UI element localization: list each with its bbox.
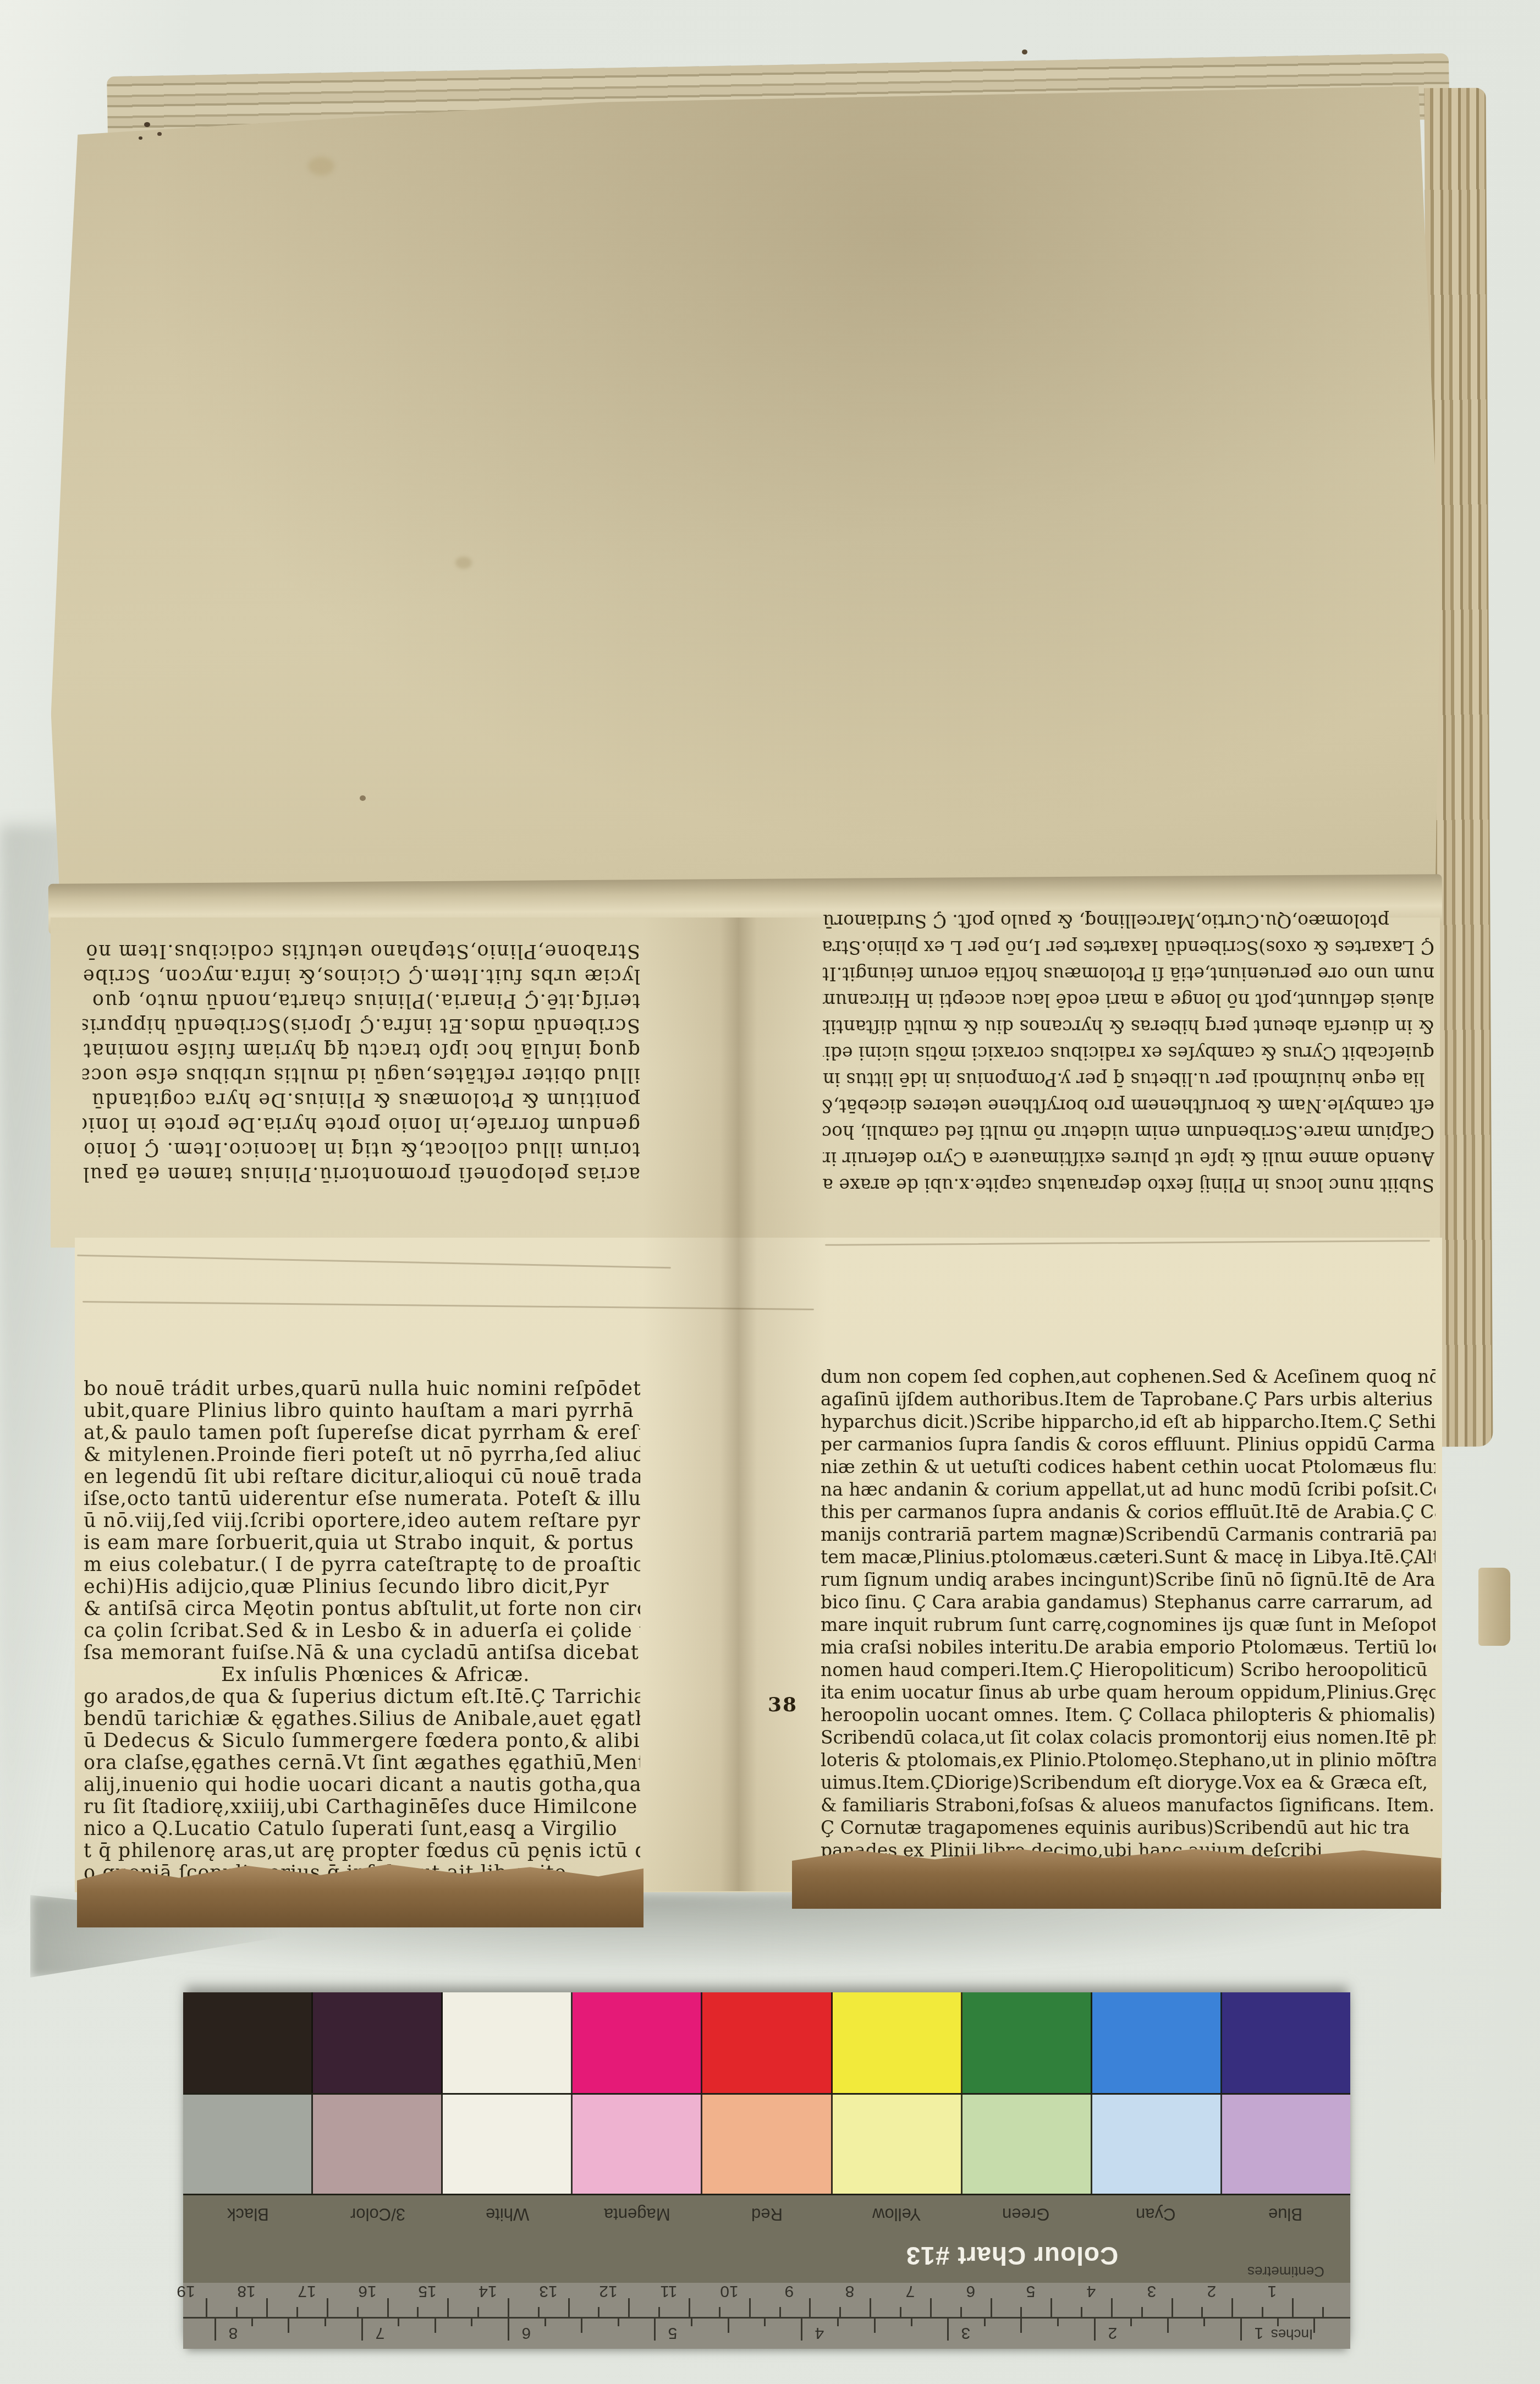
ruler-baseline bbox=[183, 2317, 1350, 2319]
inch-tick bbox=[618, 2319, 619, 2326]
cm-number: 2 bbox=[1207, 2282, 1217, 2300]
cm-tick bbox=[206, 2298, 207, 2317]
ruler-number: 17 bbox=[298, 2282, 316, 2300]
text-line: at,& paulo tamen poſt ſupereſse dicat py… bbox=[84, 1422, 640, 1444]
text-line: Ç Laxartes & oxos)Scribendū Iaxartes per… bbox=[823, 934, 1434, 960]
swatch-row-tint bbox=[183, 2095, 1350, 2195]
inch-tick bbox=[251, 2319, 253, 2326]
tint-green bbox=[963, 2095, 1092, 2194]
text-line: Subiit nunc locus in Plinij ſexto deprau… bbox=[823, 1172, 1434, 1198]
ink-speck bbox=[1022, 50, 1027, 54]
swatch-white bbox=[443, 1992, 573, 2093]
cm-tick bbox=[628, 2298, 630, 2317]
cm-tick bbox=[779, 2307, 781, 2317]
text-line: & in diuerſa abeunt perq̧ hiberas & hyrc… bbox=[823, 1013, 1434, 1040]
cm-number: 19 bbox=[177, 2282, 195, 2300]
ruler-number: 2 bbox=[1108, 2323, 1117, 2342]
ruler-number: 6 bbox=[522, 2323, 531, 2342]
inch-tick bbox=[435, 2319, 436, 2333]
inch-tick bbox=[837, 2319, 839, 2326]
ruler-number: 11 bbox=[660, 2282, 677, 2300]
swatch-black bbox=[183, 1992, 313, 2093]
cm-number: 13 bbox=[539, 2282, 557, 2300]
inch-tick bbox=[581, 2319, 582, 2333]
ruler-number: 8 bbox=[845, 2282, 855, 2300]
swatch-red bbox=[702, 1992, 832, 2093]
text-line: niæ zethin & ut uetuſti codices habent c… bbox=[821, 1455, 1436, 1478]
inch-tick bbox=[215, 2319, 216, 2341]
cm-tick bbox=[991, 2298, 992, 2317]
swatch-label-text: Black bbox=[227, 2204, 269, 2224]
ink-speck bbox=[144, 122, 150, 127]
swatch-3/color bbox=[313, 1992, 443, 2093]
inch-tick bbox=[324, 2319, 326, 2326]
swatch-label-text: 3/Color bbox=[350, 2204, 405, 2224]
inch-tick bbox=[1020, 2319, 1022, 2333]
swatch-label: Red bbox=[702, 2197, 832, 2231]
cm-number: 1 bbox=[1268, 2282, 1277, 2300]
text-line: this per carmanos ſupra andanis & corios… bbox=[821, 1501, 1436, 1523]
ruler-number: 1 bbox=[1255, 2323, 1264, 2342]
text-line: agaſinū ijſdem authoribus.Item de Taprob… bbox=[821, 1388, 1436, 1410]
cm-tick bbox=[1231, 2298, 1233, 2317]
ruler-number: 14 bbox=[479, 2282, 497, 2300]
inch-tick bbox=[728, 2319, 729, 2333]
text-line: Scribendū mdos.Et infra.Ç Iporis)Scriben… bbox=[82, 1013, 640, 1037]
tint-blue bbox=[1222, 2095, 1350, 2194]
ruler-number: 4 bbox=[1087, 2282, 1096, 2300]
inch-tick bbox=[288, 2319, 289, 2333]
cm-number: 4 bbox=[1087, 2282, 1096, 2300]
text-line: lia eque huiuſmodi per u.libetus q̄ per … bbox=[823, 1066, 1434, 1092]
ruler-number: 12 bbox=[599, 2282, 618, 2300]
cm-number: 8 bbox=[845, 2282, 855, 2300]
inch-tick bbox=[1094, 2319, 1096, 2341]
centimetres-label: Centimetres bbox=[1247, 2263, 1324, 2280]
text-line: manijs contrariā partem magnæ)Scribendū … bbox=[821, 1523, 1436, 1546]
cm-tick bbox=[1050, 2298, 1052, 2317]
text-line: bendū tarichiæ & ęgathes.Silius de Aniba… bbox=[84, 1708, 640, 1730]
text-line: & mitylenen.Proinde fieri poteſt ut nō p… bbox=[84, 1444, 640, 1466]
inch-number: 8 bbox=[229, 2323, 238, 2342]
cm-tick bbox=[930, 2298, 932, 2317]
text-line: & familiaris Straboni,foſsas & alueos ma… bbox=[821, 1794, 1436, 1816]
text-line: ū Dedecus & Siculo ſummergere fœdera pon… bbox=[84, 1730, 640, 1752]
text-line: go arados,de qua & ſuperius dictum eſt.I… bbox=[84, 1686, 640, 1708]
swatch-label-text: Blue bbox=[1268, 2204, 1302, 2224]
inch-number: 2 bbox=[1108, 2323, 1117, 2342]
ink-speck bbox=[360, 795, 366, 801]
ruler-number: 15 bbox=[419, 2282, 437, 2300]
inch-tick bbox=[1057, 2319, 1059, 2326]
cm-number: 10 bbox=[720, 2282, 738, 2300]
ruler-number: 19 bbox=[177, 2282, 195, 2300]
cm-number: 6 bbox=[966, 2282, 975, 2300]
cm-tick bbox=[417, 2307, 419, 2317]
ruler-number: 9 bbox=[785, 2282, 794, 2300]
cm-number: 18 bbox=[237, 2282, 255, 2300]
text-line: rum ſignum undiq̧ arabes incingunt)Scrib… bbox=[821, 1568, 1436, 1591]
text-line: ū nō.viij,ſed viij.ſcribi oportere,ideo … bbox=[84, 1510, 640, 1532]
tint-cyan bbox=[1092, 2095, 1222, 2194]
text-line: hyparchus dicit.)Scribe hipparcho,id eſt… bbox=[821, 1410, 1436, 1433]
inch-tick bbox=[1313, 2319, 1315, 2333]
margin-number: 38 bbox=[768, 1693, 798, 1716]
text-line: na hæc andanin & corium appellat,ut ad h… bbox=[821, 1478, 1436, 1501]
stain bbox=[308, 157, 334, 175]
cm-number: 9 bbox=[785, 2282, 794, 2300]
text-line: eſt cambyle.Nam & boruſthenem pro boryſt… bbox=[823, 1092, 1434, 1119]
ruler-number: 6 bbox=[966, 2282, 975, 2300]
cm-tick bbox=[266, 2298, 268, 2317]
cm-tick bbox=[1262, 2307, 1263, 2317]
ink-speck bbox=[157, 132, 162, 136]
cm-tick bbox=[236, 2307, 238, 2317]
inch-tick bbox=[1203, 2319, 1205, 2326]
ruler-number: 5 bbox=[1026, 2282, 1036, 2300]
swatch-green bbox=[963, 1992, 1092, 2093]
inch-tick bbox=[947, 2319, 949, 2341]
text-line: num uno ore perueniunt,etiā ſi Ptolomæus… bbox=[823, 960, 1434, 987]
text-line: ubit,quare Plinius libro quinto hauſtam … bbox=[84, 1400, 640, 1422]
tint-white bbox=[443, 2095, 573, 2194]
text-line: acrias pelopōneſi promontoriū.Plinius ta… bbox=[82, 1161, 640, 1186]
cm-tick bbox=[508, 2298, 509, 2317]
cm-number: 7 bbox=[905, 2282, 915, 2300]
cm-tick bbox=[477, 2307, 479, 2317]
cm-tick bbox=[809, 2298, 811, 2317]
swatch-label-text: Cyan bbox=[1136, 2204, 1175, 2224]
text-line: bo nouē trádit urbes,quarū nulla huic no… bbox=[84, 1378, 640, 1400]
cm-tick bbox=[900, 2307, 901, 2317]
inch-number: 1 bbox=[1255, 2323, 1264, 2342]
swatch-yellow bbox=[833, 1992, 963, 2093]
cm-tick bbox=[327, 2298, 328, 2317]
swatch-label-text: Green bbox=[1002, 2204, 1049, 2224]
inch-tick bbox=[691, 2319, 692, 2326]
ruler: 12345678910111213141516171819 12345678 I… bbox=[183, 2283, 1350, 2349]
swatch-label: Blue bbox=[1220, 2197, 1350, 2231]
text-line: alij,inuenio qui hodie uocari dicant a n… bbox=[84, 1774, 640, 1796]
text-line: loteris & ptolomais,ex Plinio.Ptolomęo.S… bbox=[821, 1749, 1436, 1771]
inch-tick bbox=[398, 2319, 399, 2326]
text-line: teriſq̧.itē.Ç Pinaria.)Plinius charta,no… bbox=[82, 988, 640, 1013]
cm-number: 11 bbox=[660, 2282, 677, 2300]
text-column-left: bo nouē trádit urbes,quarū nulla huic no… bbox=[84, 1378, 640, 1917]
protruding-leaf-edge bbox=[1478, 1568, 1510, 1646]
swatch-label-text: Magenta bbox=[604, 2204, 670, 2224]
colour-chart: Black3/ColorWhiteMagentaRedYellowGreenCy… bbox=[183, 1992, 1350, 2349]
text-line: bico ſinu. Ç Cara arabia gandamus) Steph… bbox=[821, 1591, 1436, 1613]
cm-tick bbox=[658, 2307, 660, 2317]
ruler-number: 5 bbox=[668, 2323, 678, 2342]
cm-tick bbox=[870, 2298, 871, 2317]
cm-number: 3 bbox=[1147, 2282, 1156, 2300]
ruler-number: 2 bbox=[1207, 2282, 1217, 2300]
text-line: gendum forraſe,in Ionio prote hyria.De p… bbox=[82, 1112, 640, 1136]
inch-tick bbox=[1240, 2319, 1242, 2341]
text-line: Caſpium mare.Scribendum enim uidetur nō … bbox=[823, 1119, 1434, 1145]
inch-number: 3 bbox=[961, 2323, 971, 2342]
inch-tick bbox=[654, 2319, 656, 2341]
inch-tick bbox=[1277, 2319, 1279, 2326]
inch-tick bbox=[911, 2319, 912, 2326]
tint-red bbox=[702, 2095, 832, 2194]
cm-tick bbox=[1292, 2298, 1294, 2317]
swatch-label: Green bbox=[961, 2197, 1091, 2231]
text-line: tem macæ,Plinius.ptolomæus.cæteri.Sunt &… bbox=[821, 1546, 1436, 1568]
text-line: m eius colebatur.( I de pyrra cateſtrapt… bbox=[84, 1554, 640, 1576]
swatch-label: Yellow bbox=[832, 2197, 961, 2231]
ruler-number: 18 bbox=[237, 2282, 255, 2300]
inch-number: 4 bbox=[815, 2323, 824, 2342]
inch-tick bbox=[1130, 2319, 1132, 2326]
text-line: heroopolin uocant omnes. Item. Ç Collaca… bbox=[821, 1704, 1436, 1726]
cm-number: 12 bbox=[599, 2282, 618, 2300]
swatch-label-text: Yellow bbox=[872, 2204, 921, 2224]
text-line: nico a Q.Lucatio Catulo ſuperati ſunt,ea… bbox=[84, 1818, 640, 1840]
cm-number: 14 bbox=[479, 2282, 497, 2300]
ruler-number: 7 bbox=[375, 2323, 384, 2342]
cm-tick bbox=[598, 2307, 599, 2317]
cm-tick bbox=[1322, 2307, 1324, 2317]
text-line: torium illud collocat,& utiq̧ in laconic… bbox=[82, 1136, 640, 1161]
text-line: ca çolin ſcribat.Sed & in Lesbo & in adu… bbox=[84, 1620, 640, 1642]
text-line: ptolomæo,Qu.Curtio,Marcellinoq̧, & paulo… bbox=[823, 908, 1434, 934]
cm-number: 15 bbox=[419, 2282, 437, 2300]
text-line: mia craſsi nobiles interitu.De arabia em… bbox=[821, 1636, 1436, 1658]
inch-tick bbox=[508, 2319, 509, 2341]
cm-tick bbox=[568, 2298, 570, 2317]
text-line: echi)His adijcio,quæ Plinius ſecundo lib… bbox=[84, 1576, 640, 1598]
swatch-label-row: Black3/ColorWhiteMagentaRedYellowGreenCy… bbox=[183, 2197, 1350, 2231]
ruler-number: 3 bbox=[1147, 2282, 1156, 2300]
cm-tick bbox=[839, 2307, 841, 2317]
text-line: ora claſse,ęgathes cernā.Vt ſint ægathes… bbox=[84, 1752, 640, 1774]
chart-title: Colour Chart #13 bbox=[905, 2241, 1118, 2271]
inch-tick bbox=[801, 2319, 802, 2341]
cm-number: 17 bbox=[298, 2282, 316, 2300]
cm-tick bbox=[357, 2307, 359, 2317]
inch-number: 5 bbox=[668, 2323, 678, 2342]
inch-tick bbox=[361, 2319, 363, 2341]
text-line: nomen haud comperi.Item.Ç Hieropoliticum… bbox=[821, 1658, 1436, 1681]
cm-number: 16 bbox=[358, 2282, 376, 2300]
inch-tick bbox=[544, 2319, 546, 2326]
text-line: ſsa memorant fuiſse.Nā & una cycladū ant… bbox=[84, 1642, 640, 1664]
cm-tick bbox=[1111, 2298, 1113, 2317]
text-line: Auendo amne muli & ipſe ut plures exiſti… bbox=[823, 1145, 1434, 1172]
ruler-number: 7 bbox=[905, 2282, 915, 2300]
text-column-right: dum non copem ſed cophen,aut cophenen.Se… bbox=[821, 1365, 1436, 1910]
text-line: quieſcabit Cyrus & cambyſes ex radicibus… bbox=[823, 1040, 1434, 1066]
cm-tick bbox=[538, 2307, 540, 2317]
text-line: ita enim uocatur ſinus ab urbe quam hero… bbox=[821, 1681, 1436, 1704]
swatch-row-solid bbox=[183, 1992, 1350, 2095]
text-line: iſse,octo tantū uiderentur eſse numerata… bbox=[84, 1488, 640, 1510]
ruler-number: 3 bbox=[961, 2323, 971, 2342]
swatch-cyan bbox=[1092, 1992, 1222, 2093]
inch-tick bbox=[874, 2319, 876, 2333]
ruler-number: 10 bbox=[720, 2282, 738, 2300]
swatch-label: 3/Color bbox=[313, 2197, 443, 2231]
ruler-number: 1 bbox=[1268, 2282, 1277, 2300]
text-line: en legendū ſit ubi reſtare dicitur,alioq… bbox=[84, 1466, 640, 1488]
swatch-label: Magenta bbox=[572, 2197, 702, 2231]
cm-tick bbox=[1020, 2307, 1022, 2317]
photo-stage: Strabone,Plinio,Stephano uetuſtis codici… bbox=[0, 0, 1540, 2384]
swatch-label: Black bbox=[183, 2197, 313, 2231]
swatch-blue bbox=[1222, 1992, 1350, 2093]
blank-parchment-leaf bbox=[41, 78, 1444, 935]
swatch-label: Cyan bbox=[1091, 2197, 1220, 2231]
text-line: uimus.Item.ÇDiorige)Scribendum eſt diory… bbox=[821, 1771, 1436, 1794]
cm-tick bbox=[749, 2298, 751, 2317]
text-line: Ex inſulis Phœnices & Africæ. bbox=[84, 1664, 640, 1686]
cm-tick bbox=[719, 2307, 721, 2317]
ruler-number: 4 bbox=[815, 2323, 824, 2342]
flipped-text-column-left: Strabone,Plinio,Stephano uetuſtis codici… bbox=[82, 938, 640, 1197]
text-line: is eam mare ſorbuerit,quia ut Strabo inq… bbox=[84, 1532, 640, 1554]
tint-black bbox=[183, 2095, 313, 2194]
cm-tick bbox=[689, 2298, 690, 2317]
ruler-number: 16 bbox=[358, 2282, 376, 2300]
inch-number: 6 bbox=[522, 2323, 531, 2342]
cm-number: 5 bbox=[1026, 2282, 1036, 2300]
cm-tick bbox=[1141, 2307, 1143, 2317]
text-line: Scribendū colaca,ut ſit colax colacis pr… bbox=[821, 1726, 1436, 1749]
text-line: & antiſsā circa Męotin pontus abſtulit,u… bbox=[84, 1598, 640, 1620]
cm-tick bbox=[1201, 2307, 1203, 2317]
inch-tick bbox=[984, 2319, 986, 2326]
swatch-label-text: Red bbox=[751, 2204, 783, 2224]
text-line: dum non copem ſed cophen,aut cophenen.Se… bbox=[821, 1365, 1436, 1388]
text-line: alueis defluunt,poſt nō longe a mari eod… bbox=[823, 987, 1434, 1013]
text-line: ponitium & Ptolomæus & Plinius.De hyra c… bbox=[82, 1087, 640, 1112]
cm-tick bbox=[1081, 2307, 1082, 2317]
stain bbox=[455, 557, 472, 569]
text-line: t q̄ philenorę aras,ut arę propter fœdus… bbox=[84, 1840, 640, 1862]
flipped-text-column-right: ptolomæo,Qu.Curtio,Marcellinoq̧, & paulo… bbox=[823, 908, 1434, 1205]
ruler-number: 8 bbox=[229, 2323, 238, 2342]
cm-tick bbox=[960, 2307, 962, 2317]
text-line: Ç Cornutæ tragapomenes equinis auribus)S… bbox=[821, 1816, 1436, 1839]
page-gutter-shadow bbox=[642, 918, 827, 1891]
inch-tick bbox=[1167, 2319, 1169, 2333]
cm-tick bbox=[447, 2298, 449, 2317]
text-line: mare inquit rubrum ſunt carrę,cognomines… bbox=[821, 1613, 1436, 1636]
text-line: Strabone,Plinio,Stephano uetuſtis codici… bbox=[82, 938, 640, 963]
tint-yellow bbox=[833, 2095, 963, 2194]
text-line: quoq̧ inſulā hoc ipſo tractu q̄q̧ hyriam… bbox=[82, 1037, 640, 1062]
tint-magenta bbox=[573, 2095, 702, 2194]
text-line: per carmanios ſupra ſandis & coros efflu… bbox=[821, 1433, 1436, 1455]
swatch-label: White bbox=[443, 2197, 573, 2231]
inch-tick bbox=[471, 2319, 472, 2326]
cm-tick bbox=[1171, 2298, 1173, 2317]
cm-tick bbox=[387, 2298, 389, 2317]
text-line: illud obiter reſtātes,uagū id multis urb… bbox=[82, 1062, 640, 1087]
inch-tick bbox=[764, 2319, 766, 2326]
inch-number: 7 bbox=[375, 2323, 384, 2342]
swatch-label-text: White bbox=[486, 2204, 529, 2224]
tint-3/color bbox=[313, 2095, 443, 2194]
ink-speck bbox=[139, 136, 142, 140]
ruler-number: 13 bbox=[539, 2282, 557, 2300]
text-line: ru ſit ſtadiorę,xxiiij,ubi Carthaginēſes… bbox=[84, 1796, 640, 1818]
inches-label: Inches bbox=[1271, 2326, 1313, 2343]
cm-tick bbox=[296, 2307, 298, 2317]
text-line: lyciæ urbs fuit.Item.Ç Cicinos,& infra.m… bbox=[82, 963, 640, 988]
swatch-magenta bbox=[573, 1992, 702, 2093]
